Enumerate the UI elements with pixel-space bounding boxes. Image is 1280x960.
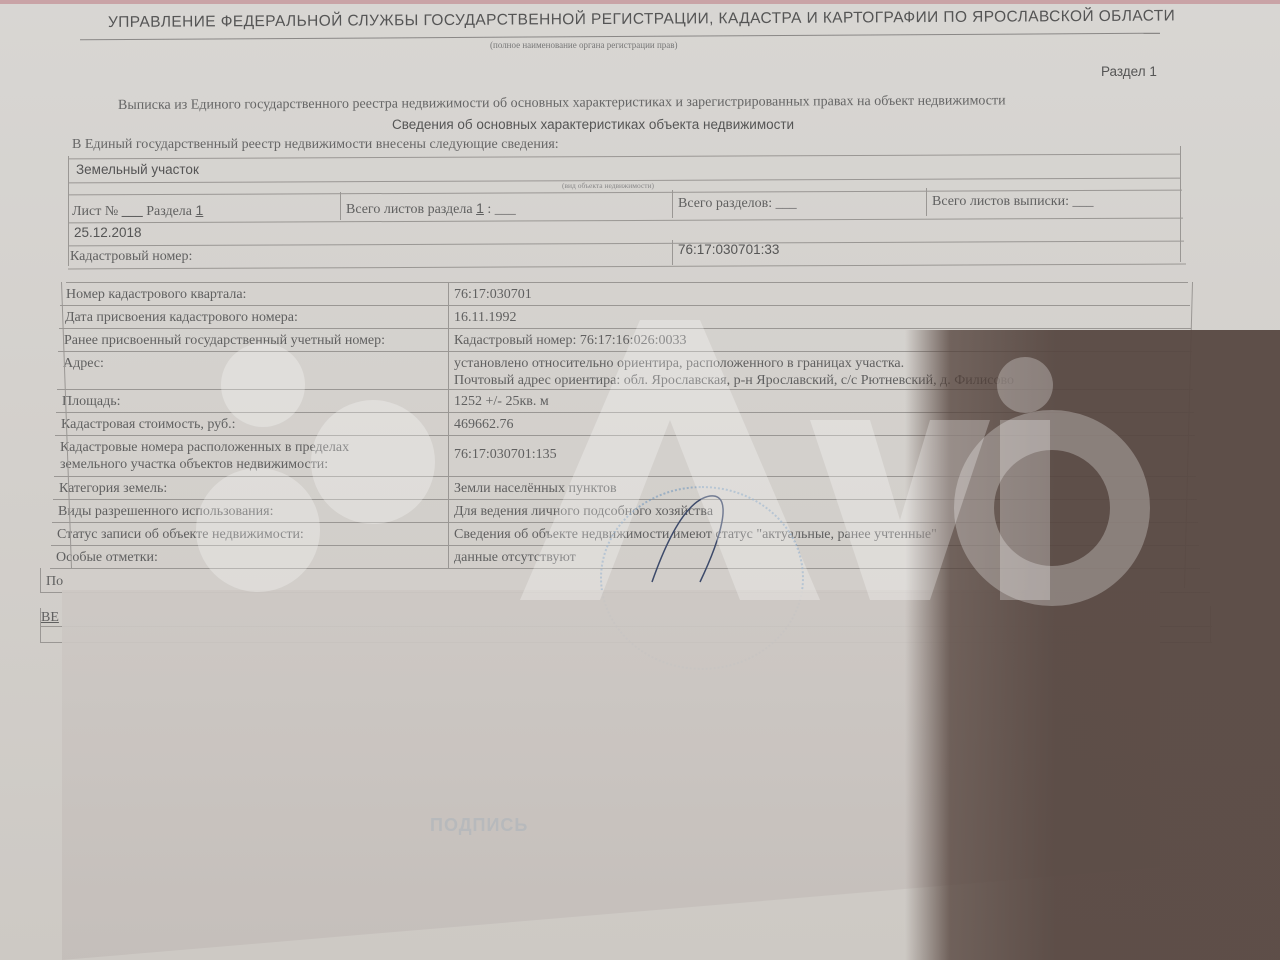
cadastral-number: 76:17:030701:33 [678,242,779,257]
row-value: 76:17:030701:135 [454,446,557,463]
row-label: Виды разрешенного использования: [58,503,273,520]
row-value: 1252 +/- 25кв. м [454,393,549,410]
faded-bleed-text: ПОДПИСЬ [430,815,528,836]
row-value: 76:17:030701 [454,286,532,303]
row-label: Дата присвоения кадастрового номера: [65,309,298,326]
row-label: Площадь: [62,393,121,410]
total-sheets-section-field: Всего листов раздела 1 : ___ [346,200,516,218]
cadastral-number-label: Кадастровый номер: [70,249,192,265]
signature-icon [640,490,750,590]
sheet-number-field: Лист № ___ Раздела 1 [72,202,203,220]
row-value: Кадастровый номер: 76:17:16:026:0033 [454,332,686,349]
row-label: Адрес: [63,355,104,372]
extract-date: 25.12.2018 [74,225,142,240]
truncated-row-label: По [46,574,63,590]
total-sheets-extract-field: Всего листов выписки: ___ [932,194,1093,210]
row-label: Ранее присвоенный государственный учетны… [64,332,385,349]
row-value: 469662.76 [454,416,514,433]
organization-caption: (полное наименование органа регистрации … [490,40,678,50]
row-value: Земли населённых пунктов [454,480,617,497]
row-value: данные отсутствуют [454,549,576,566]
row-value: 16.11.1992 [454,309,516,326]
total-sections-field: Всего разделов: ___ [678,196,797,212]
row-label: Статус записи об объекте недвижимости: [57,526,304,543]
intro-text: В Единый государственный реестр недвижим… [72,137,559,153]
object-type-caption: (вид объекта недвижимости) [562,181,654,190]
section-title: Сведения об основных характеристиках объ… [392,117,794,132]
background-edge [0,0,1280,4]
row-label: Кадастровая стоимость, руб.: [61,416,236,433]
row-label: Категория земель: [59,480,167,497]
hand-shadow [905,330,1280,960]
section-label: Раздел 1 [1101,64,1157,79]
row-label: Номер кадастрового квартала: [66,286,246,303]
row-label: Кадастровые номера расположенных в преде… [60,439,349,473]
truncated-section-label: ВЕ [41,610,59,626]
object-type: Земельный участок [76,162,199,177]
